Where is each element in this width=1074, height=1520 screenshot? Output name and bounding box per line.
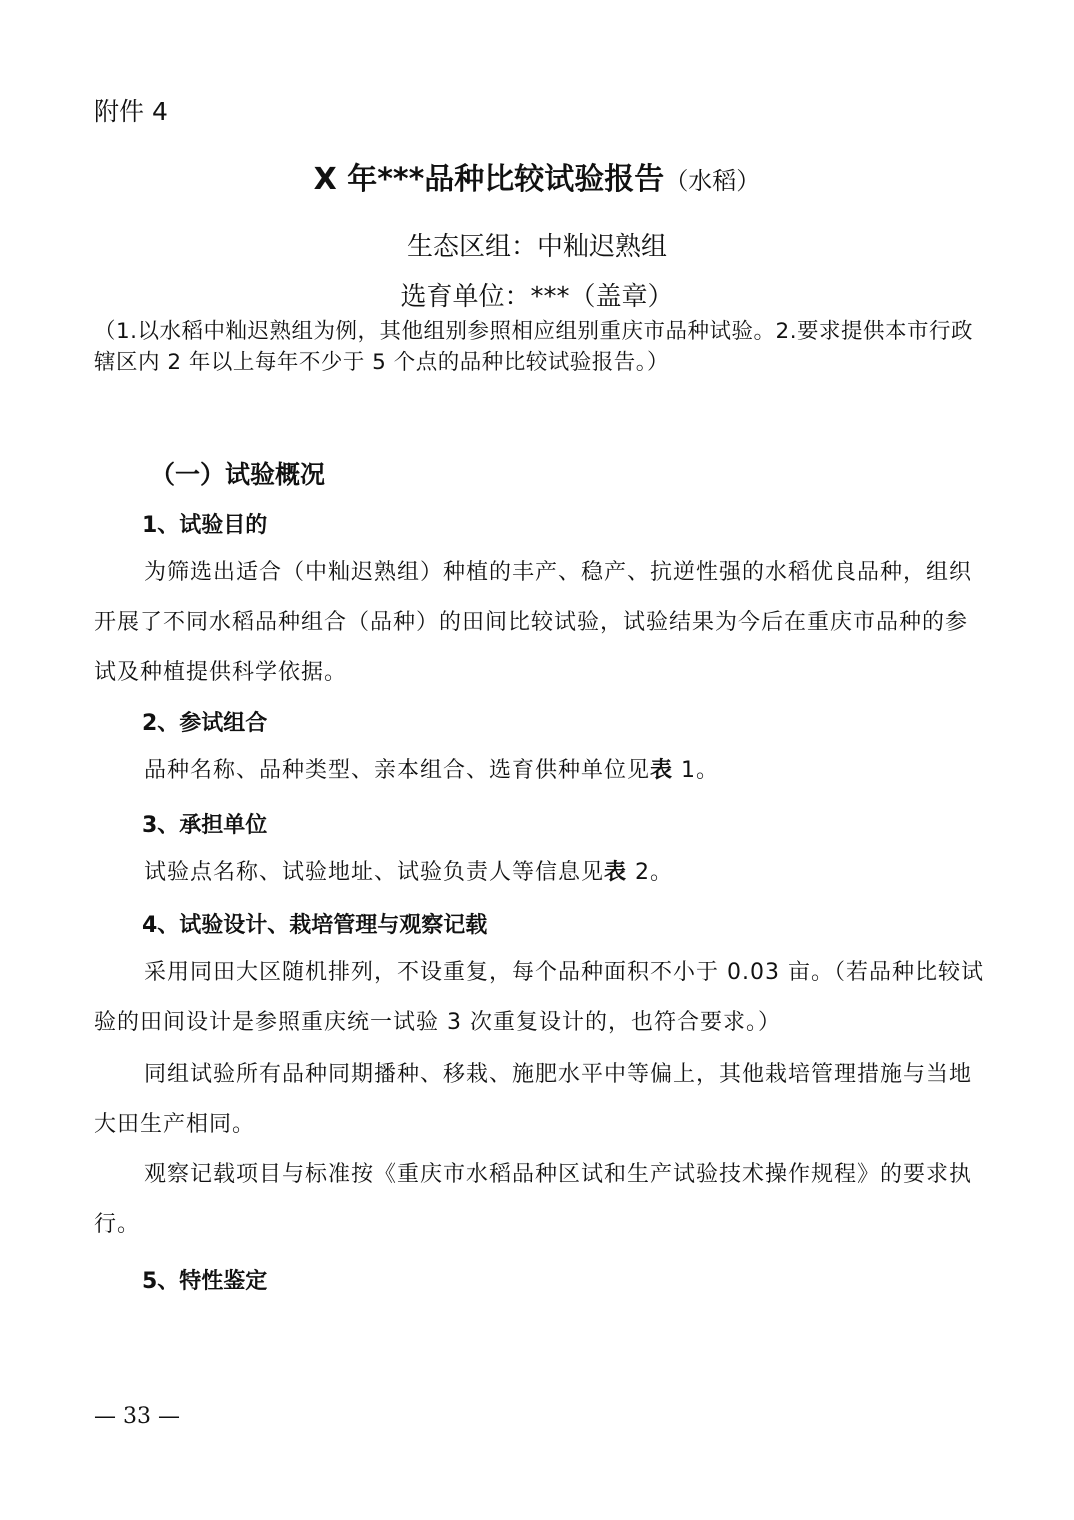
- paragraph-purpose: 为筛选出适合（中籼迟熟组）种植的丰产、稳产、抗逆性强的水稻优良品种，组织开展了不…: [94, 548, 984, 698]
- title-main: X 年***品种比较试验报告: [314, 162, 665, 197]
- table-ref-2: 表: [604, 860, 627, 885]
- document-title: X 年***品种比较试验报告（水稻）: [0, 154, 1074, 198]
- paragraph-participants: 品种名称、品种类型、亲本组合、选育供种单位见表 1。: [144, 746, 1034, 796]
- units-suffix: 2。: [627, 860, 673, 885]
- heading-identification: 5、特性鉴定: [142, 1264, 267, 1295]
- paragraph-design-3: 观察记载项目与标准按《重庆市水稻品种区试和生产试验技术操作规程》的要求执行。: [94, 1150, 984, 1250]
- instruction-note: （1.以水稻中籼迟熟组为例，其他组别参照相应组别重庆市品种试验。2.要求提供本市…: [94, 316, 994, 378]
- attachment-label: 附件 4: [94, 92, 168, 128]
- participants-suffix: 1。: [673, 758, 719, 783]
- heading-purpose: 1、试验目的: [142, 508, 267, 539]
- page-number: — 33 —: [94, 1404, 180, 1429]
- title-sub: （水稻）: [664, 167, 760, 195]
- heading-units: 3、承担单位: [142, 808, 267, 839]
- eco-zone-line: 生态区组：中籼迟熟组: [0, 226, 1074, 263]
- heading-participants: 2、参试组合: [142, 706, 267, 737]
- paragraph-design-2: 同组试验所有品种同期播种、移栽、施肥水平中等偏上，其他栽培管理措施与当地大田生产…: [94, 1050, 984, 1150]
- breeding-unit-line: 选育单位：***（盖章）: [0, 276, 1074, 313]
- heading-design: 4、试验设计、栽培管理与观察记载: [142, 908, 487, 939]
- units-text: 试验点名称、试验地址、试验负责人等信息见: [144, 860, 604, 885]
- paragraph-units: 试验点名称、试验地址、试验负责人等信息见表 2。: [144, 848, 1034, 898]
- participants-text: 品种名称、品种类型、亲本组合、选育供种单位见: [144, 758, 650, 783]
- table-ref-1: 表: [650, 758, 673, 783]
- section-title-overview: （一）试验概况: [150, 455, 325, 491]
- paragraph-design-1: 采用同田大区随机排列，不设重复，每个品种面积不小于 0.03 亩。（若品种比较试…: [94, 948, 984, 1048]
